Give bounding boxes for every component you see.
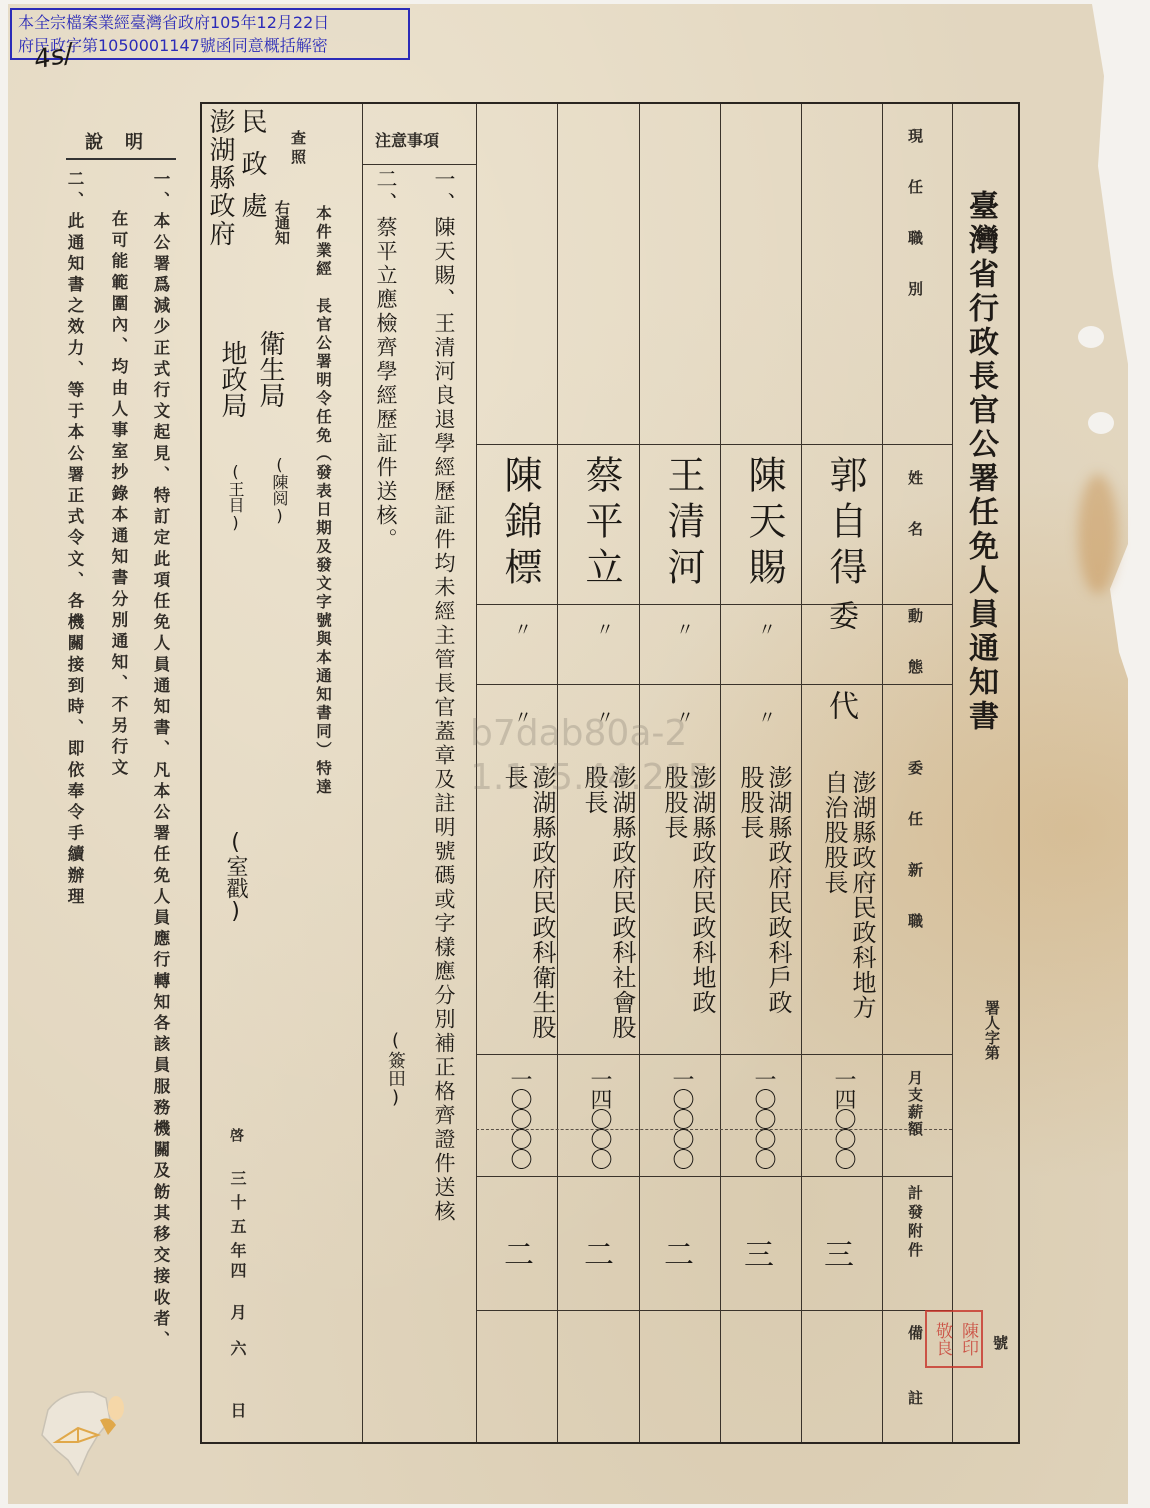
notes-item-2: 二、蔡平立應檢齊學經歷証件送核。 <box>372 168 400 628</box>
explanation-title: 說明 <box>70 128 180 154</box>
signature-wang: (王目) <box>224 462 247 532</box>
date-month: 四月 <box>226 1262 249 1346</box>
header-salary: 月支薪額 <box>905 1070 926 1138</box>
row-3-name: 王清河 <box>656 455 711 593</box>
serial-label: 署人字第 <box>982 1000 1003 1060</box>
recipient-dept-land: 地政局 <box>214 340 251 418</box>
row-5-attachments: 二 <box>504 1230 534 1274</box>
row-2-attachments: 三 <box>744 1230 774 1274</box>
reference-body: 本件業經 長官公署明令任免（發表日期及發文字號與本通知書同）特達 <box>312 205 334 925</box>
date-year: 三十五年 <box>226 1170 249 1266</box>
archive-logo-icon <box>28 1380 138 1480</box>
row-3-new-post: 澎湖縣政府民政科地政股股長 <box>660 765 716 1035</box>
notes-header: 注意事項 <box>375 128 439 151</box>
official-seal: 陳印 敬良 <box>925 1310 983 1368</box>
notify-label: 右通知 <box>272 200 293 245</box>
header-name: 姓名 <box>905 470 926 572</box>
row-5-name: 陳錦標 <box>493 455 548 593</box>
notes-item-1: 一、陳天賜、王清河良退學經歷証件均未經主管長官蓋章及註明號碼或字樣應分別補正格齊… <box>430 168 458 1458</box>
row-4-salary: 一四〇〇〇 <box>584 1068 615 1168</box>
row-4-name: 蔡平立 <box>574 455 629 593</box>
row-5-salary: 一〇〇〇〇 <box>504 1068 535 1168</box>
row-1-salary: 一四〇〇〇 <box>828 1068 859 1168</box>
row-4-attachments: 二 <box>584 1230 614 1274</box>
torn-edge <box>1068 4 1128 904</box>
row-3-attachments: 二 <box>664 1230 694 1274</box>
row-3-salary: 一〇〇〇〇 <box>666 1068 697 1168</box>
water-stain <box>1078 474 1118 594</box>
notes-signature: (簽田) <box>382 1030 408 1108</box>
row-5-new-post: 澎湖縣政府民政科衛生股長 <box>500 765 556 1055</box>
signature-chen: (陳阅) <box>268 455 291 525</box>
header-current-post: 現任職別 <box>905 128 926 332</box>
header-new-post: 委任新職 <box>905 760 926 964</box>
row-1-action: 委代 <box>818 600 862 780</box>
row-2-new-post: 澎湖縣政府民政科戶政股股長 <box>736 765 792 1035</box>
date-prefix: 啓 <box>226 1128 246 1142</box>
row-2-name: 陳天賜 <box>737 455 792 593</box>
row-2-salary: 一〇〇〇〇 <box>748 1068 779 1168</box>
explanation-item-2: 二、此通知書之效力、等于本公署正式令文、各機關接到時、即依奉令手續辦理 <box>60 170 88 990</box>
serial-suffix: 號 <box>990 1335 1011 1350</box>
explanation-rule <box>66 158 176 160</box>
header-remarks: 備註 <box>905 1325 926 1455</box>
recipient-dept-health: 衛生局 <box>252 330 289 408</box>
row-1-new-post: 澎湖縣政府民政科地方自治股股長 <box>820 770 876 1040</box>
signature-office-stamp: (室戳) <box>220 830 251 924</box>
reference-label: 查照 <box>288 130 309 168</box>
access-watermark: b7dab80a-2 1.175.44.215 <box>470 712 710 800</box>
explanation-item-1-continued: 在可能範圍內、均由人事室抄錄本通知書分別通知、不另行文 <box>104 210 132 910</box>
binding-hole <box>1088 412 1114 434</box>
explanation-item-1: 一、本公署爲減少正式行文起見、特訂定此項任免人員通知書、凡本公署任免人員應行轉知… <box>146 170 174 1400</box>
row-1-attachments: 三 <box>824 1230 854 1274</box>
header-action: 動態 <box>905 608 926 710</box>
row-1-name: 郭自得 <box>818 455 873 593</box>
recipient-dept-civil-affairs: 民政處 <box>234 108 271 234</box>
banner-line-2: 府民政字第1050001147號函同意概括解密 <box>18 34 402 57</box>
document-title: 臺灣省行政長官公署任免人員通知書 <box>958 190 1002 734</box>
header-attachments: 計發附件 <box>905 1185 926 1261</box>
date-day: 六日 <box>226 1340 249 1464</box>
binding-hole <box>1078 326 1104 348</box>
banner-line-1: 本全宗檔案業經臺灣省政府105年12月22日 <box>18 11 402 34</box>
row-4-new-post: 澎湖縣政府民政科社會股股長 <box>580 765 636 1055</box>
